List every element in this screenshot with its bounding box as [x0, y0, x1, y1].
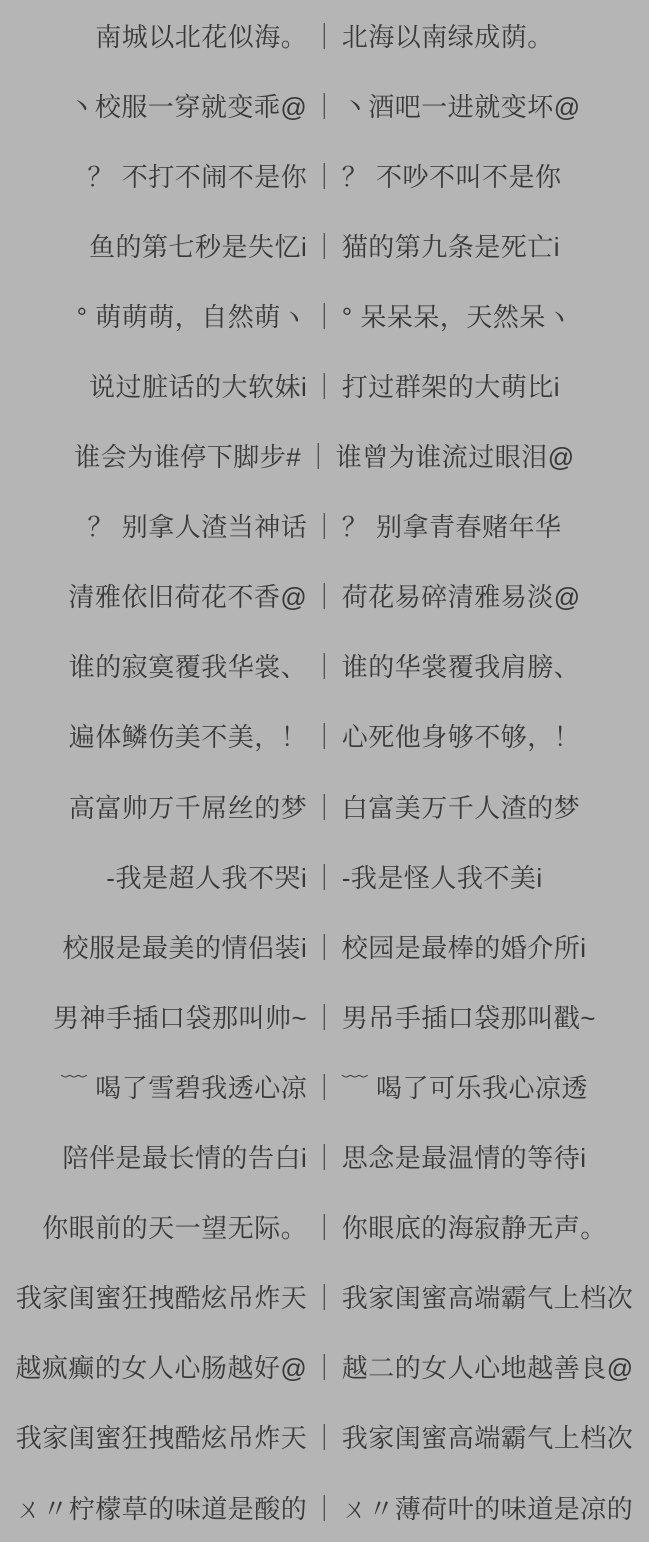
phrase-row: 说过脏话的大软妹i ｜ 打过群架的大萌比i: [0, 350, 649, 420]
phrase-left: 我家闺蜜狂拽酷炫吊炸天: [16, 1278, 308, 1315]
phrase-left: 清雅依旧荷花不香@: [68, 577, 307, 614]
phrase-row: 高富帅万千屌丝的梦 ｜ 白富美万千人渣的梦: [0, 771, 649, 841]
phrase-row: 男神手插口袋那叫帅~ ｜ 男吊手插口袋那叫戳~: [0, 981, 649, 1051]
phrase-left: 我家闺蜜狂拽酷炫吊炸天: [16, 1418, 308, 1455]
separator: ｜: [311, 227, 338, 264]
phrase-right: ？ 不吵不叫不是你: [342, 157, 562, 194]
phrase-right: ？ 别拿青春赌年华: [342, 507, 562, 544]
separator: ｜: [311, 1418, 338, 1455]
phrase-left: 南城以北花似海。: [95, 17, 307, 54]
phrase-right: 荷花易碎清雅易淡@: [342, 577, 581, 614]
phrase-right: 我家闺蜜高端霸气上档次: [342, 1278, 634, 1315]
separator: ｜: [311, 1208, 338, 1245]
phrase-left: 说过脏话的大软妹i: [89, 367, 307, 404]
phrase-row: ﹋ 喝了雪碧我透心凉 ｜ ﹋ 喝了可乐我心凉透: [0, 1051, 649, 1121]
phrase-left: 鱼的第七秒是失忆i: [89, 227, 307, 264]
phrase-right: 校园是最棒的婚介所i: [342, 928, 587, 965]
phrase-right: 我家闺蜜高端霸气上档次: [342, 1418, 634, 1455]
phrase-row: 谁的寂寞覆我华裳、 ｜ 谁的华裳覆我肩膀、: [0, 631, 649, 701]
phrase-right: 北海以南绿成荫。: [342, 17, 554, 54]
separator: ｜: [311, 1348, 338, 1385]
phrase-left: ？ 别拿人渣当神话: [88, 507, 308, 544]
separator: ｜: [305, 437, 332, 474]
phrase-row: -我是超人我不哭i ｜ -我是怪人我不美i: [0, 841, 649, 911]
phrase-right: -我是怪人我不美i: [342, 858, 543, 895]
phrase-left: 谁的寂寞覆我华裳、: [69, 647, 308, 684]
phrase-left: 高富帅万千屌丝的梦: [69, 788, 308, 825]
separator: ｜: [311, 1278, 338, 1315]
phrase-left: 你眼前的天一望无际。: [42, 1208, 307, 1245]
phrase-right: ﹋ 喝了可乐我心凉透: [342, 1068, 588, 1105]
separator: ｜: [311, 1068, 338, 1105]
phrase-right: 你眼底的海寂静无声。: [342, 1208, 607, 1245]
phrase-right: 思念是最温情的等待i: [342, 1138, 587, 1175]
phrase-left: 男神手插口袋那叫帅~: [53, 998, 307, 1035]
phrase-left: ㄨ〃柠檬草的味道是酸的: [16, 1489, 308, 1526]
phrase-row: 我家闺蜜狂拽酷炫吊炸天 ｜ 我家闺蜜高端霸气上档次: [0, 1262, 649, 1332]
separator: ｜: [311, 998, 338, 1035]
phrase-left: 谁会为谁停下脚步#: [74, 437, 301, 474]
separator: ｜: [311, 858, 338, 895]
phrase-left: 陪伴是最长情的告白i: [62, 1138, 307, 1175]
separator: ｜: [311, 928, 338, 965]
phrase-right: 谁的华裳覆我肩膀、: [342, 647, 581, 684]
separator: ｜: [311, 788, 338, 825]
separator: ｜: [311, 297, 338, 334]
separator: ｜: [311, 87, 338, 124]
phrase-row: ？ 别拿人渣当神话 ｜ ？ 别拿青春赌年华: [0, 491, 649, 561]
phrase-row: 清雅依旧荷花不香@ ｜ 荷花易碎清雅易淡@: [0, 561, 649, 631]
separator: ｜: [311, 647, 338, 684]
separator: ｜: [311, 577, 338, 614]
phrase-left: ﹋ 喝了雪碧我透心凉: [61, 1068, 307, 1105]
phrase-row: ㄨ〃柠檬草的味道是酸的 ｜ ㄨ〃薄荷叶的味道是凉的: [0, 1472, 649, 1542]
phrase-right: 谁曾为谁流过眼泪@: [336, 437, 575, 474]
phrase-left: ° 萌萌萌，自然萌ヽ: [77, 297, 308, 334]
phrase-row: 丶校服一穿就变乖@ ｜ 丶酒吧一进就变坏@: [0, 70, 649, 140]
phrase-list: 南城以北花似海。 ｜ 北海以南绿成荫。 丶校服一穿就变乖@ ｜ 丶酒吧一进就变坏…: [0, 0, 649, 1542]
phrase-right: 丶酒吧一进就变坏@: [342, 87, 581, 124]
phrase-row: ？ 不打不闹不是你 ｜ ？ 不吵不叫不是你: [0, 140, 649, 210]
phrase-left: 越疯癫的女人心肠越好@: [15, 1348, 307, 1385]
phrase-row: 鱼的第七秒是失忆i ｜ 猫的第九条是死亡i: [0, 210, 649, 280]
separator: ｜: [311, 1138, 338, 1175]
separator: ｜: [311, 507, 338, 544]
phrase-right: 越二的女人心地越善良@: [342, 1348, 634, 1385]
phrase-right: 心死他身够不够，！: [342, 717, 581, 754]
phrase-row: 遍体鳞伤美不美，！ ｜ 心死他身够不够，！: [0, 701, 649, 771]
phrase-left: 校服是最美的情侣装i: [62, 928, 307, 965]
phrase-row: 南城以北花似海。 ｜ 北海以南绿成荫。: [0, 0, 649, 70]
phrase-row: 越疯癫的女人心肠越好@ ｜ 越二的女人心地越善良@: [0, 1332, 649, 1402]
separator: ｜: [311, 367, 338, 404]
phrase-right: 猫的第九条是死亡i: [342, 227, 560, 264]
separator: ｜: [311, 157, 338, 194]
phrase-row: 我家闺蜜狂拽酷炫吊炸天 ｜ 我家闺蜜高端霸气上档次: [0, 1402, 649, 1472]
phrase-right: ㄨ〃薄荷叶的味道是凉的: [342, 1489, 634, 1526]
phrase-row: 校服是最美的情侣装i ｜ 校园是最棒的婚介所i: [0, 911, 649, 981]
phrase-right: 男吊手插口袋那叫戳~: [342, 998, 596, 1035]
phrase-left: -我是超人我不哭i: [106, 858, 307, 895]
phrase-left: ？ 不打不闹不是你: [88, 157, 308, 194]
phrase-right: ° 呆呆呆，天然呆ヽ: [342, 297, 573, 334]
phrase-row: 谁会为谁停下脚步# ｜ 谁曾为谁流过眼泪@: [0, 421, 649, 491]
phrase-right: 打过群架的大萌比i: [342, 367, 560, 404]
separator: ｜: [311, 1489, 338, 1526]
phrase-row: 陪伴是最长情的告白i ｜ 思念是最温情的等待i: [0, 1122, 649, 1192]
phrase-left: 丶校服一穿就变乖@: [68, 87, 307, 124]
phrase-right: 白富美万千人渣的梦: [342, 788, 581, 825]
phrase-page: { "page": { "background_color": "#b5b5b5…: [0, 0, 649, 1542]
separator: ｜: [311, 717, 338, 754]
phrase-row: 你眼前的天一望无际。 ｜ 你眼底的海寂静无声。: [0, 1192, 649, 1262]
phrase-left: 遍体鳞伤美不美，！: [69, 717, 308, 754]
phrase-row: ° 萌萌萌，自然萌ヽ ｜ ° 呆呆呆，天然呆ヽ: [0, 280, 649, 350]
separator: ｜: [311, 17, 338, 54]
